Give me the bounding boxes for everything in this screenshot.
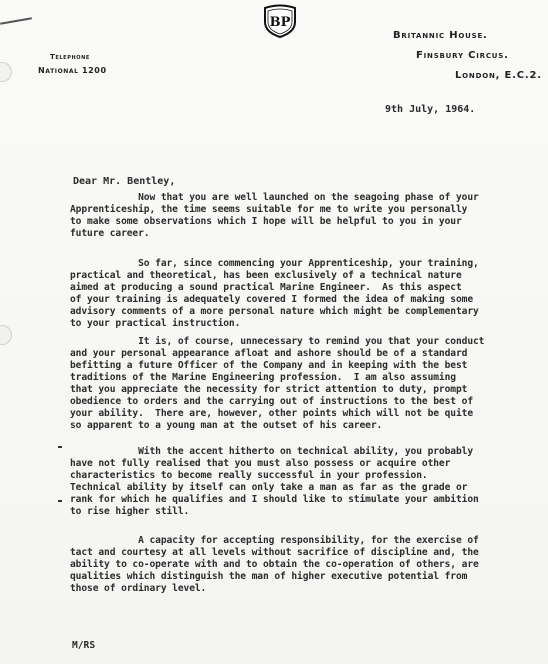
reference-initials: M/RS — [72, 640, 95, 651]
bp-shield-icon: BP — [262, 4, 298, 38]
paragraph-5: A capacity for accepting responsibility,… — [70, 535, 540, 595]
svg-text:BP: BP — [270, 15, 291, 30]
telephone-label: Telephone — [38, 50, 107, 64]
punch-hole-top — [0, 62, 12, 82]
telephone-number: National 1200 — [38, 64, 107, 78]
address-line-3: London, E.C.2. — [455, 70, 542, 81]
letter-page: BP Telephone National 1200 Britannic Hou… — [0, 0, 548, 664]
paragraph-1: Now that you are well launched on the se… — [70, 192, 540, 240]
telephone-block: Telephone National 1200 — [38, 50, 107, 78]
address-line-2: Finsbury Circus. — [416, 50, 509, 61]
pen-mark — [0, 17, 32, 25]
margin-mark — [58, 500, 62, 502]
punch-hole-middle — [0, 325, 12, 345]
paragraph-2: So far, since commencing your Apprentice… — [70, 258, 540, 330]
letter-date: 9th July, 1964. — [385, 104, 475, 115]
address-line-1: Britannic House. — [393, 30, 488, 41]
paragraph-4: With the accent hitherto on technical ab… — [70, 446, 540, 518]
margin-mark — [58, 446, 62, 448]
paragraph-3: It is, of course, unnecessary to remind … — [70, 336, 540, 432]
salutation: Dear Mr. Bentley, — [73, 176, 175, 187]
